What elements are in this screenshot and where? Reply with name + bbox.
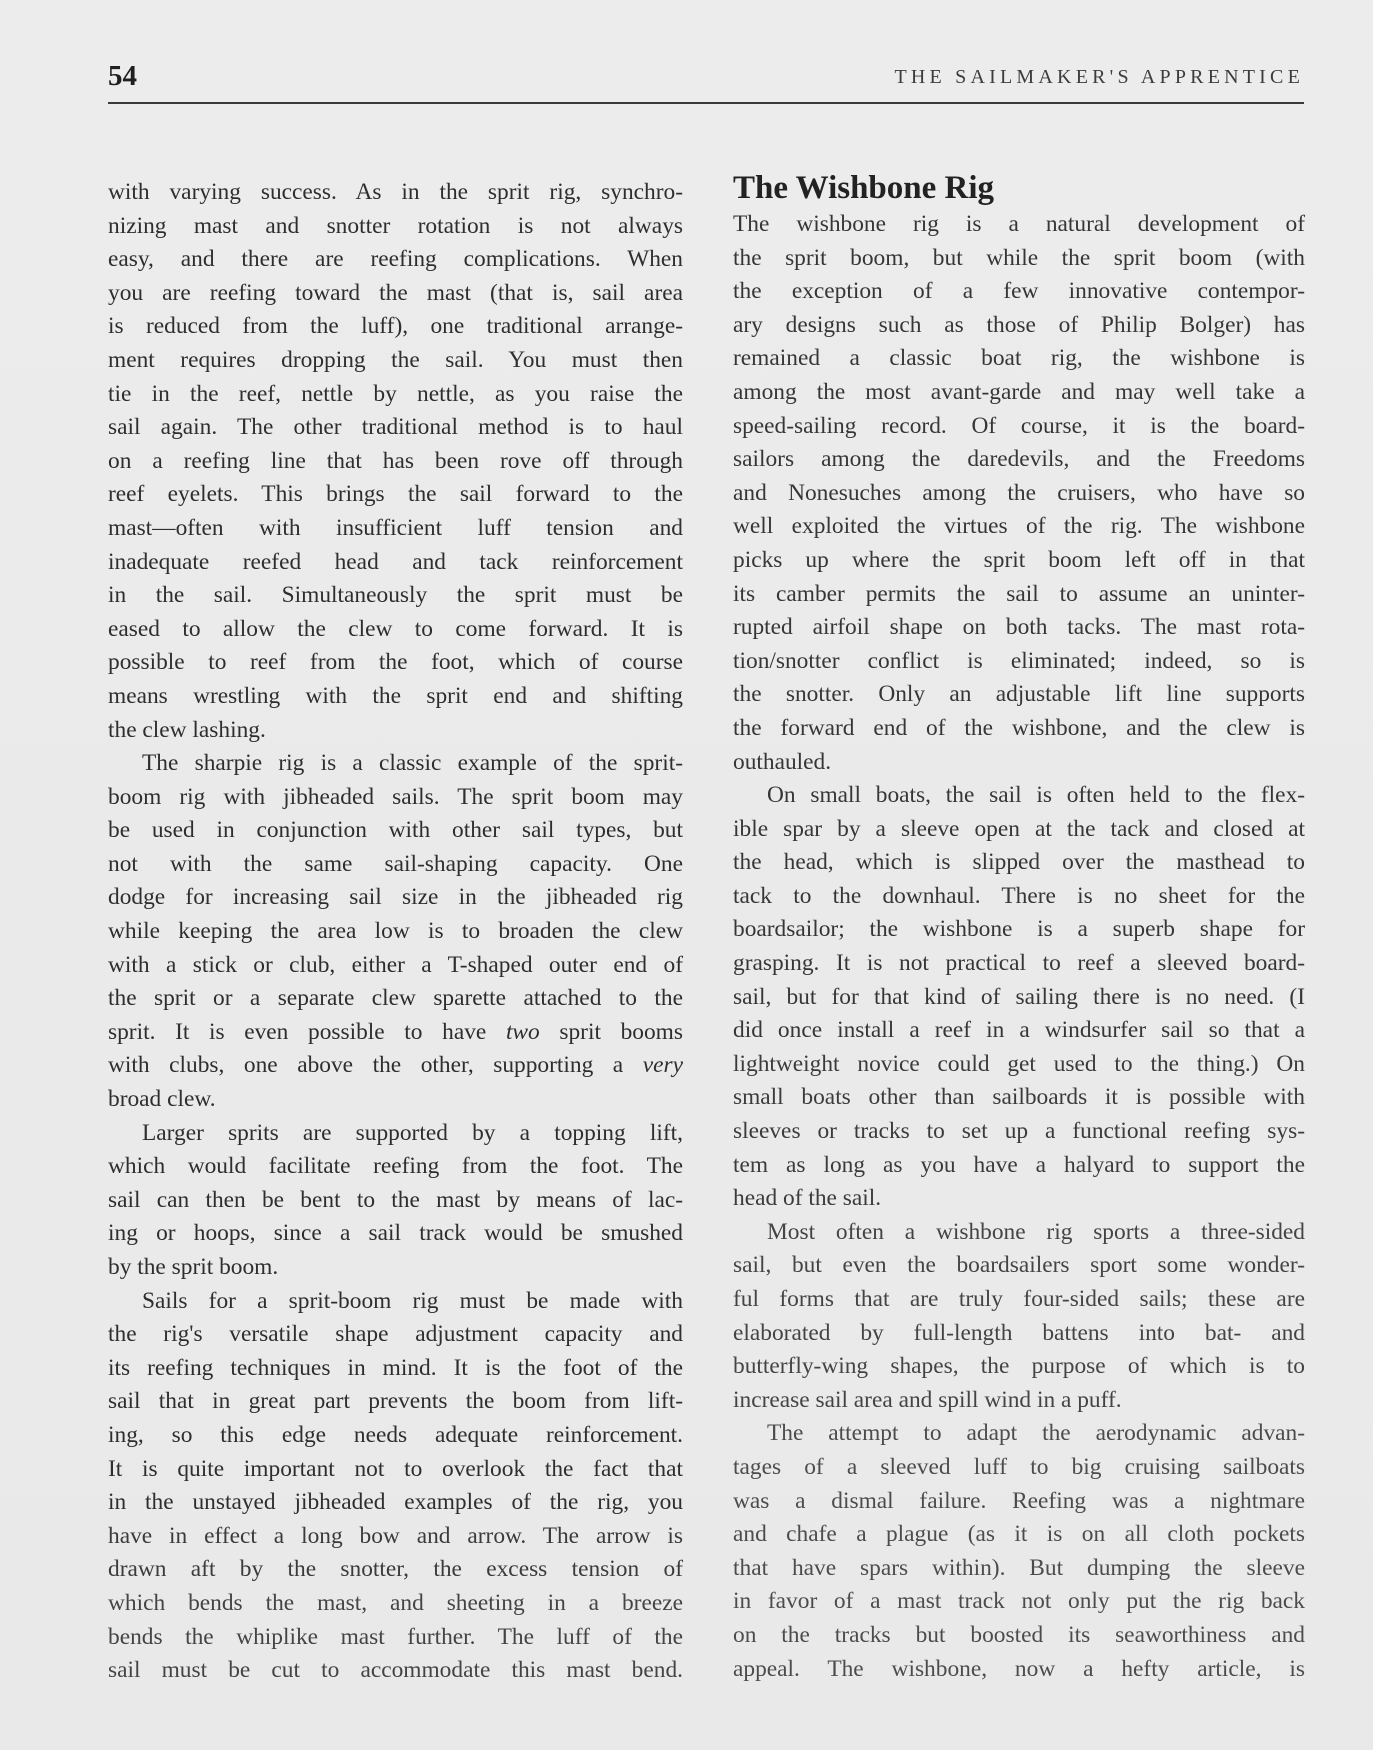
text-line: rupted airfoil shape on both tacks. The … [733,611,1305,645]
text-line: sail again. The other traditional method… [108,411,683,445]
book-title: THE SAILMAKER'S APPRENTICE [895,66,1305,89]
text-line: dodge for increasing sail size in the ji… [108,881,683,915]
text-line: not with the same sail-shaping capacity.… [108,848,683,882]
text-line: appeal. The wishbone, now a hefty articl… [733,1653,1305,1687]
text-line: that have spars within). But dumping the… [733,1552,1305,1586]
text-line: on the tracks but boosted its seaworthin… [733,1619,1305,1653]
text-line: well exploited the virtues of the rig. T… [733,510,1305,544]
paragraph-start-line: The attempt to adapt the aerodynamic adv… [733,1417,1305,1451]
italic-emphasis: two [506,1019,540,1045]
text-line: on a reefing line that has been rove off… [108,445,683,479]
book-page: 54 THE SAILMAKER'S APPRENTICE with varyi… [0,0,1373,1750]
text-line: the forward end of the wishbone, and the… [733,712,1305,746]
text-line: sailors among the daredevils, and the Fr… [733,443,1305,477]
text-line: drawn aft by the snotter, the excess ten… [108,1553,683,1587]
text-line: small boats other than sailboards it is … [733,1081,1305,1115]
text-line: the snotter. Only an adjustable lift lin… [733,678,1305,712]
text-line: broad clew. [108,1083,683,1117]
text-line: sail that in great part prevents the boo… [108,1385,683,1419]
text-line: grasping. It is not practical to reef a … [733,947,1305,981]
text-line: lightweight novice could get used to the… [733,1048,1305,1082]
text-line: in the sail. Simultaneously the sprit mu… [108,579,683,613]
left-column: with varying success. As in the sprit ri… [108,176,683,1688]
text-line: sail, but even the boardsailers sport so… [733,1249,1305,1283]
text-line: its reefing techniques in mind. It is th… [108,1352,683,1386]
text-line: easy, and there are reefing complication… [108,243,683,277]
text-line: with varying success. As in the sprit ri… [108,176,683,210]
running-header: 54 THE SAILMAKER'S APPRENTICE [108,58,1304,104]
text-line: the sprit or a separate clew sparette at… [108,982,683,1016]
text-line: tion/snotter conflict is eliminated; ind… [733,645,1305,679]
text-line: in the unstayed jibheaded examples of th… [108,1486,683,1520]
text-line: among the most avant-garde and may well … [733,376,1305,410]
text-line: boardsailor; the wishbone is a superb sh… [733,913,1305,947]
text-line: ment requires dropping the sail. You mus… [108,344,683,378]
text-line: butterfly-wing shapes, the purpose of wh… [733,1350,1305,1384]
text-line: sail can then be bent to the mast by mea… [108,1184,683,1218]
text-line: the exception of a few innovative contem… [733,275,1305,309]
text-line: tages of a sleeved luff to big cruising … [733,1451,1305,1485]
text-line: in favor of a mast track not only put th… [733,1585,1305,1619]
page-number: 54 [108,60,137,93]
text-line: tem as long as you have a halyard to sup… [733,1149,1305,1183]
text-line: bends the whiplike mast further. The luf… [108,1621,683,1655]
text-line: and chafe a plague (as it is on all clot… [733,1518,1305,1552]
section-heading: The Wishbone Rig [733,168,1305,204]
text-line: The wishbone rig is a natural developmen… [733,208,1305,242]
text-line: outhauled. [733,746,1305,780]
text-line: increase sail area and spill wind in a p… [733,1384,1305,1418]
text-line: picks up where the sprit boom left off i… [733,544,1305,578]
text-line: ary designs such as those of Philip Bolg… [733,309,1305,343]
text-line: the clew lashing. [108,714,683,748]
text-line: and Nonesuches among the cruisers, who h… [733,477,1305,511]
text-line-with-italic: sprit. It is even possible to have two s… [108,1016,683,1050]
text-line: by the sprit boom. [108,1251,683,1285]
text-line: tack to the downhaul. There is no sheet … [733,880,1305,914]
text-line: possible to reef from the foot, which of… [108,646,683,680]
text-line: did once install a reef in a windsurfer … [733,1014,1305,1048]
text-line: have in effect a long bow and arrow. The… [108,1520,683,1554]
text-line-with-italic: with clubs, one above the other, support… [108,1049,683,1083]
text-line: elaborated by full-length battens into b… [733,1317,1305,1351]
text-line: ible spar by a sleeve open at the tack a… [733,813,1305,847]
text-line: with a stick or club, either a T-shaped … [108,949,683,983]
text-line: ful forms that are truly four-sided sail… [733,1283,1305,1317]
text-line: boom rig with jibheaded sails. The sprit… [108,781,683,815]
text-line: the head, which is slipped over the mast… [733,846,1305,880]
text-line: which bends the mast, and sheeting in a … [108,1587,683,1621]
text-line: It is quite important not to overlook th… [108,1453,683,1487]
text-line: head of the sail. [733,1182,1305,1216]
text-line: while keeping the area low is to broaden… [108,915,683,949]
paragraph-start-line: On small boats, the sail is often held t… [733,779,1305,813]
text-line: mast—often with insufficient luff tensio… [108,512,683,546]
text-line: remained a classic boat rig, the wishbon… [733,342,1305,376]
text-line: you are reefing toward the mast (that is… [108,277,683,311]
text-line: sail must be cut to accommodate this mas… [108,1654,683,1688]
text-line: eased to allow the clew to come forward.… [108,613,683,647]
text-line: sail, but for that kind of sailing there… [733,981,1305,1015]
paragraph-start-line: Larger sprits are supported by a topping… [108,1117,683,1151]
text-segment: with clubs, one above the other, support… [108,1052,623,1078]
text-segment: sprit. It is even possible to have [108,1019,486,1045]
text-line: the sprit boom, but while the sprit boom… [733,242,1305,276]
text-line: the rig's versatile shape adjustment cap… [108,1318,683,1352]
text-line: reef eyelets. This brings the sail forwa… [108,478,683,512]
text-line: sleeves or tracks to set up a functional… [733,1115,1305,1149]
paragraph-start-line: The sharpie rig is a classic example of … [108,747,683,781]
text-line: be used in conjunction with other sail t… [108,814,683,848]
text-line: which would facilitate reefing from the … [108,1150,683,1184]
paragraph-start-line: Sails for a sprit-boom rig must be made … [108,1285,683,1319]
text-line: was a dismal failure. Reefing was a nigh… [733,1485,1305,1519]
text-line: ing, so this edge needs adequate reinfor… [108,1419,683,1453]
text-line: ing or hoops, since a sail track would b… [108,1217,683,1251]
text-segment: sprit booms [559,1019,683,1045]
italic-emphasis: very [643,1052,683,1078]
paragraph-start-line: Most often a wishbone rig sports a three… [733,1216,1305,1250]
text-line: means wrestling with the sprit end and s… [108,680,683,714]
text-line: speed-sailing record. Of course, it is t… [733,410,1305,444]
right-column: The Wishbone Rig The wishbone rig is a n… [733,176,1305,1686]
text-line: its camber permits the sail to assume an… [733,578,1305,612]
text-line: inadequate reefed head and tack reinforc… [108,546,683,580]
text-line: is reduced from the luff), one tradition… [108,310,683,344]
text-line: nizing mast and snotter rotation is not … [108,210,683,244]
text-line: tie in the reef, nettle by nettle, as yo… [108,378,683,412]
